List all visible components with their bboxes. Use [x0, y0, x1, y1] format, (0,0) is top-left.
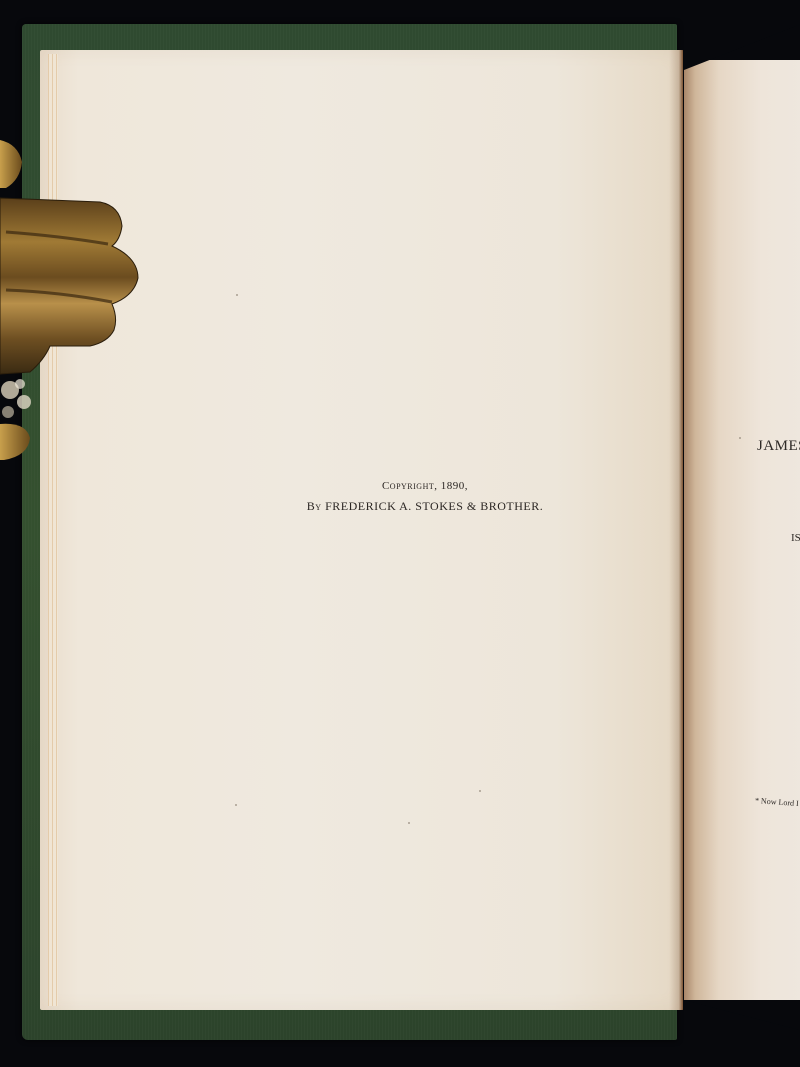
dedication-line-fragment: IS — [791, 532, 800, 544]
paper-speck — [408, 822, 410, 824]
publisher-line: By FREDERICK A. STOKES & BROTHER. — [270, 499, 580, 514]
dedication-heading-fragment: JAMES — [757, 438, 800, 455]
paper-speck — [236, 294, 238, 296]
photo-scene: Copyright, 1890, By FREDERICK A. STOKES … — [0, 0, 800, 1067]
paper-speck — [235, 804, 237, 806]
copyright-year-line: Copyright, 1890, — [270, 480, 580, 492]
copyright-notice: Copyright, 1890, By FREDERICK A. STOKES … — [270, 480, 580, 514]
facing-page-paper — [684, 60, 800, 1000]
paper-speck — [739, 437, 741, 439]
book-gutter — [669, 50, 683, 1010]
facing-page — [684, 0, 800, 1067]
paper-speck — [479, 790, 481, 792]
brass-clip-icon — [0, 140, 140, 460]
